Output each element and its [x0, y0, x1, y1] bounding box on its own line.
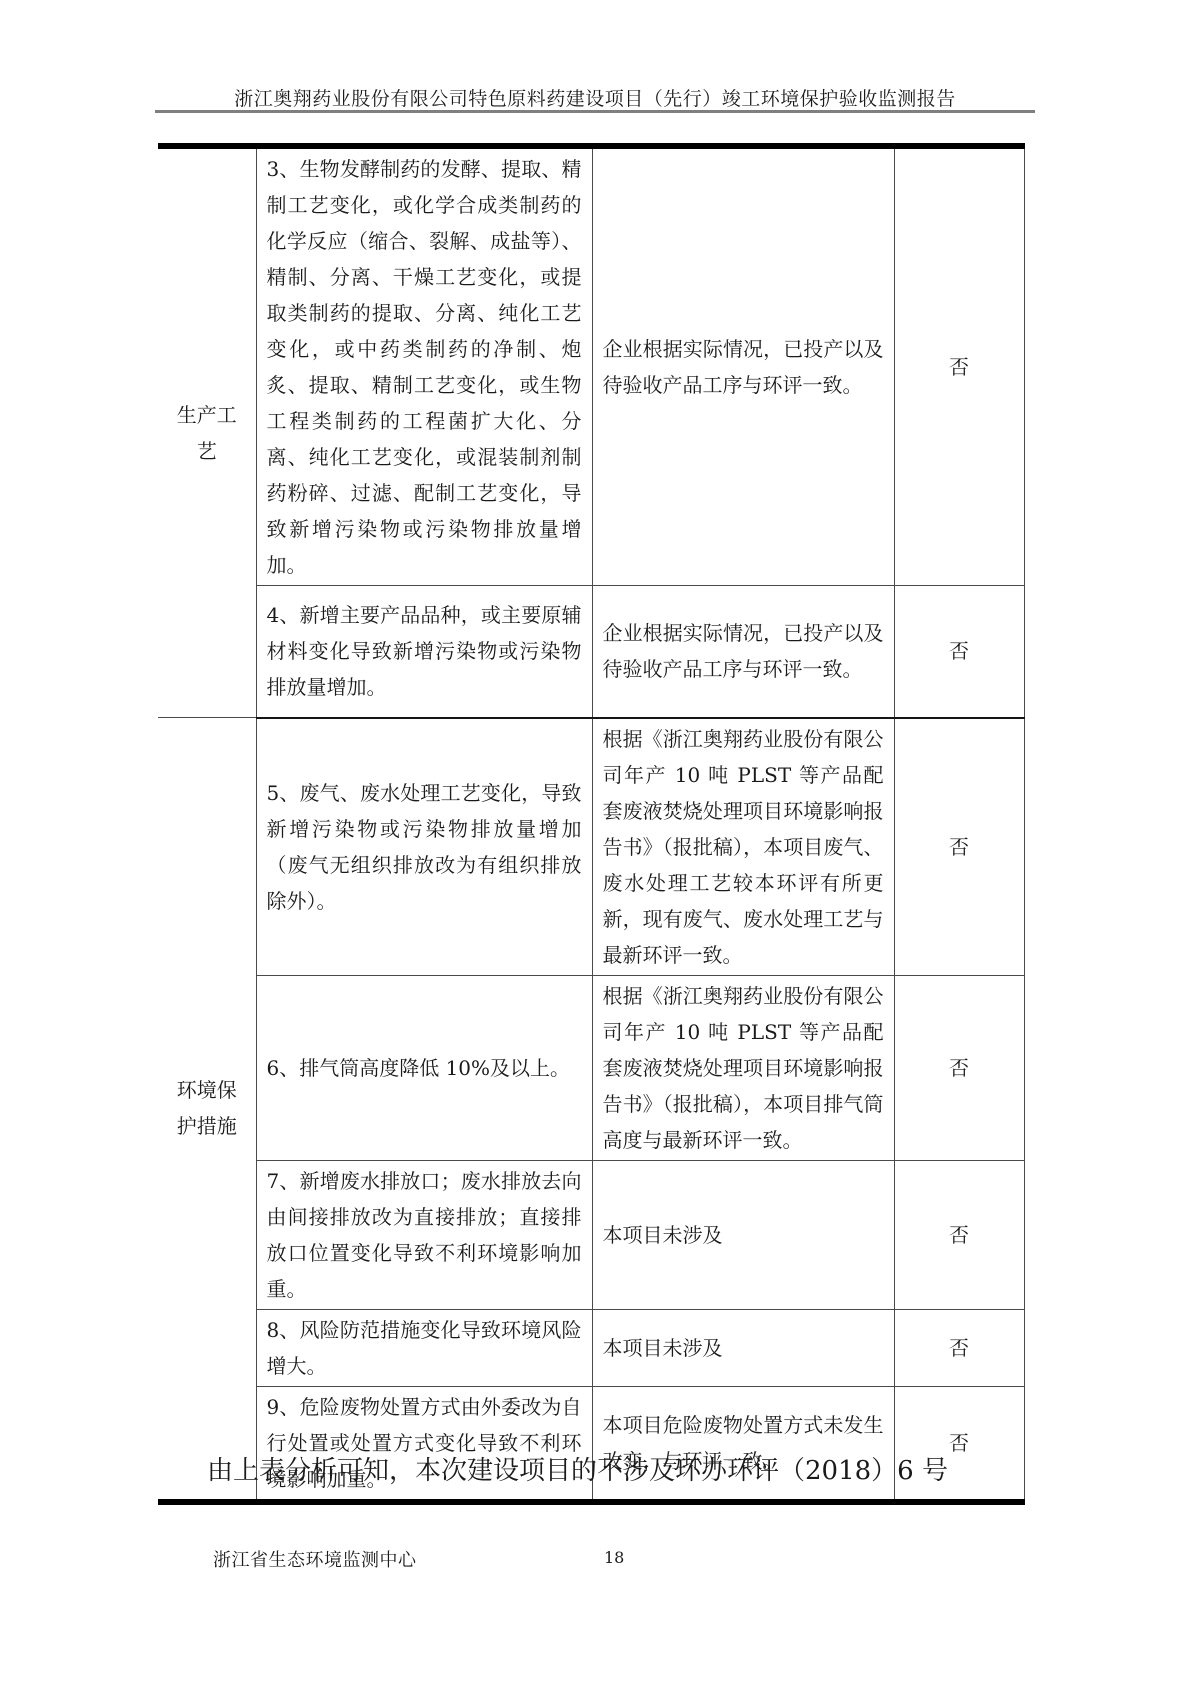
- page-header-title: 浙江奥翔药业股份有限公司特色原料药建设项目（先行）竣工环境保护验收监测报告: [0, 84, 1190, 111]
- item-cell: 8、风险防范措施变化导致环境风险增大。: [256, 1309, 592, 1386]
- table-row: 8、风险防范措施变化导致环境风险增大。 本项目未涉及 否: [158, 1309, 1024, 1386]
- item-cell: 7、新增废水排放口；废水排放去向由间接排放改为直接排放；直接排放口位置变化导致不…: [256, 1160, 592, 1309]
- document-page: 浙江奥翔药业股份有限公司特色原料药建设项目（先行）竣工环境保护验收监测报告 生产…: [0, 0, 1190, 1683]
- assessment-cell: 根据《浙江奥翔药业股份有限公司年产 10 吨 PLST 等产品配套废液焚烧处理项…: [592, 975, 894, 1160]
- answer-cell: 否: [894, 975, 1024, 1160]
- answer-cell: 否: [894, 1160, 1024, 1309]
- answer-cell: 否: [894, 586, 1024, 718]
- item-cell: 6、排气筒高度降低 10%及以上。: [256, 975, 592, 1160]
- closing-paragraph: 由上表分析可知，本次建设项目的不涉及环办环评（2018）6 号: [155, 1450, 1040, 1492]
- table-row: 6、排气筒高度降低 10%及以上。 根据《浙江奥翔药业股份有限公司年产 10 吨…: [158, 975, 1024, 1160]
- page-number: 18: [604, 1548, 624, 1567]
- assessment-cell: 企业根据实际情况，已投产以及待验收产品工序与环评一致。: [592, 146, 894, 586]
- item-cell: 4、新增主要产品品种，或主要原辅材料变化导致新增污染物或污染物排放量增加。: [256, 586, 592, 718]
- table-row: 生产工艺 3、生物发酵制药的发酵、提取、精制工艺变化，或化学合成类制药的化学反应…: [158, 146, 1024, 586]
- assessment-cell: 本项目未涉及: [592, 1160, 894, 1309]
- answer-cell: 否: [894, 718, 1024, 976]
- answer-cell: 否: [894, 146, 1024, 586]
- section-label-environmental-protection: 环境保护措施: [158, 718, 256, 1502]
- answer-cell: 否: [894, 1309, 1024, 1386]
- table-row: 4、新增主要产品品种，或主要原辅材料变化导致新增污染物或污染物排放量增加。 企业…: [158, 586, 1024, 718]
- header-divider: [155, 110, 1035, 113]
- compliance-table: 生产工艺 3、生物发酵制药的发酵、提取、精制工艺变化，或化学合成类制药的化学反应…: [158, 143, 1025, 1505]
- compliance-table-wrapper: 生产工艺 3、生物发酵制药的发酵、提取、精制工艺变化，或化学合成类制药的化学反应…: [158, 143, 1024, 1505]
- table-row: 环境保护措施 5、废气、废水处理工艺变化，导致新增污染物或污染物排放量增加（废气…: [158, 718, 1024, 976]
- assessment-cell: 本项目未涉及: [592, 1309, 894, 1386]
- item-cell: 3、生物发酵制药的发酵、提取、精制工艺变化，或化学合成类制药的化学反应（缩合、裂…: [256, 146, 592, 586]
- item-cell: 5、废气、废水处理工艺变化，导致新增污染物或污染物排放量增加（废气无组织排放改为…: [256, 718, 592, 976]
- section-label-production-process: 生产工艺: [158, 146, 256, 718]
- assessment-cell: 根据《浙江奥翔药业股份有限公司年产 10 吨 PLST 等产品配套废液焚烧处理项…: [592, 718, 894, 976]
- footer-organization-name: 浙江省生态环境监测中心: [213, 1546, 417, 1572]
- table-row: 7、新增废水排放口；废水排放去向由间接排放改为直接排放；直接排放口位置变化导致不…: [158, 1160, 1024, 1309]
- assessment-cell: 企业根据实际情况，已投产以及待验收产品工序与环评一致。: [592, 586, 894, 718]
